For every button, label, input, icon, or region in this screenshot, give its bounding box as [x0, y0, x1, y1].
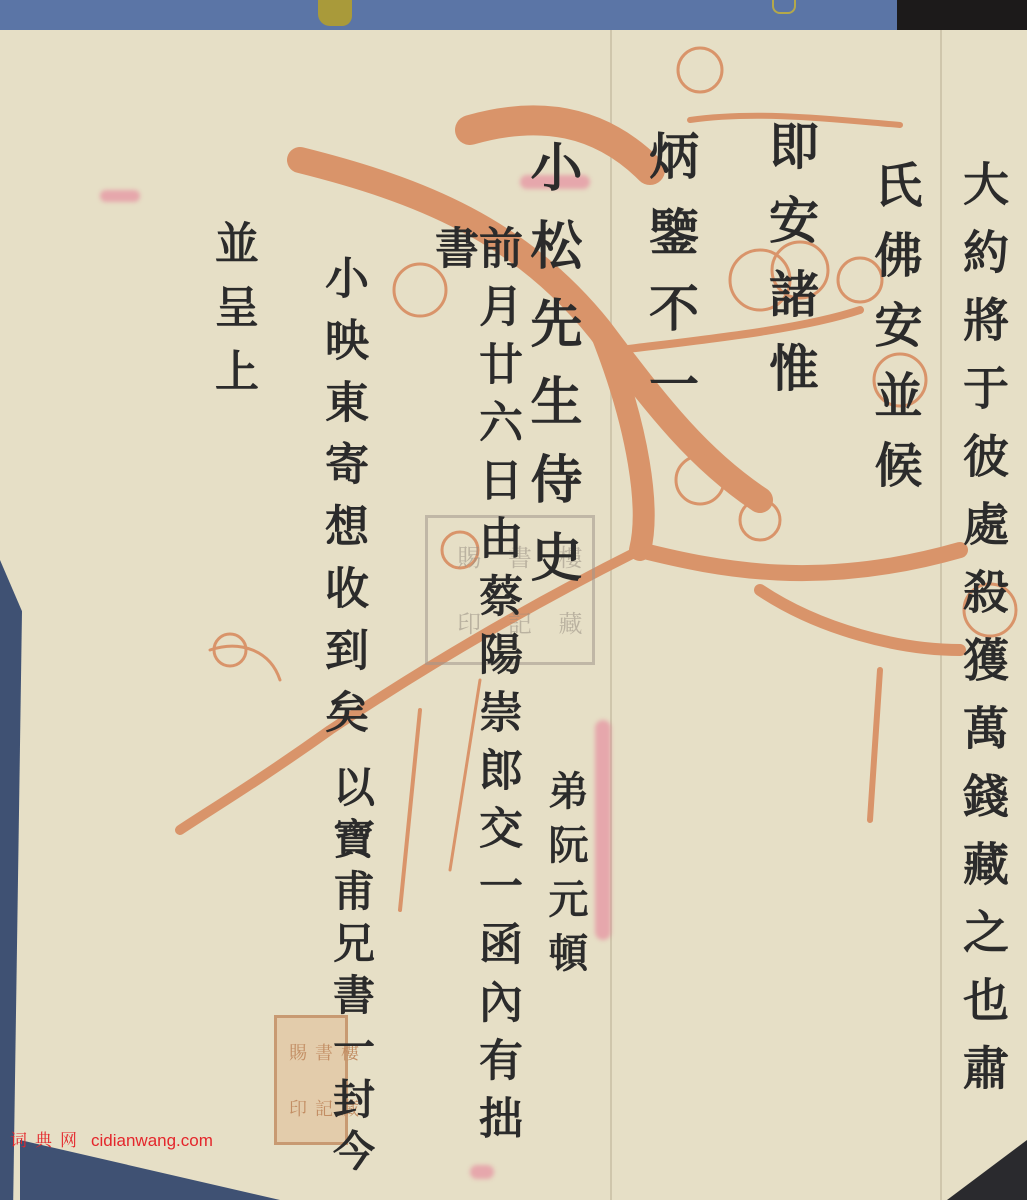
text-column-5: 小松先生侍史: [525, 140, 577, 608]
text-column-2: 氏佛安並候: [870, 160, 918, 510]
text-column-3: 即安諸惟: [765, 120, 815, 416]
text-column-8: 小映東寄想收到矣: [320, 255, 364, 751]
text-column-7: 弟阮元頓: [545, 770, 585, 986]
book-cover-band: [0, 0, 1027, 30]
watermark: 词典网cidianwang.com: [10, 1126, 213, 1151]
watermark-url: cidianwang.com: [91, 1131, 213, 1150]
text-column-4: 炳鑒不一: [645, 130, 695, 434]
text-column-9: 以寶甫兄書一封今: [330, 765, 372, 1181]
pink-stain: [100, 190, 140, 202]
watermark-cn: 词典网: [10, 1131, 85, 1150]
gold-ornament-small: [772, 0, 796, 14]
text-column-6: 前月廿六日由蔡陽崇郎交一函內有拙書: [430, 225, 518, 1200]
pink-stain: [595, 720, 611, 940]
dark-corner: [897, 0, 1027, 30]
text-column-1: 大約將于彼處殺獲萬錢藏之也肅: [960, 160, 1006, 1112]
text-column-10: 並呈上: [210, 220, 254, 412]
gold-ornament: [318, 0, 352, 26]
